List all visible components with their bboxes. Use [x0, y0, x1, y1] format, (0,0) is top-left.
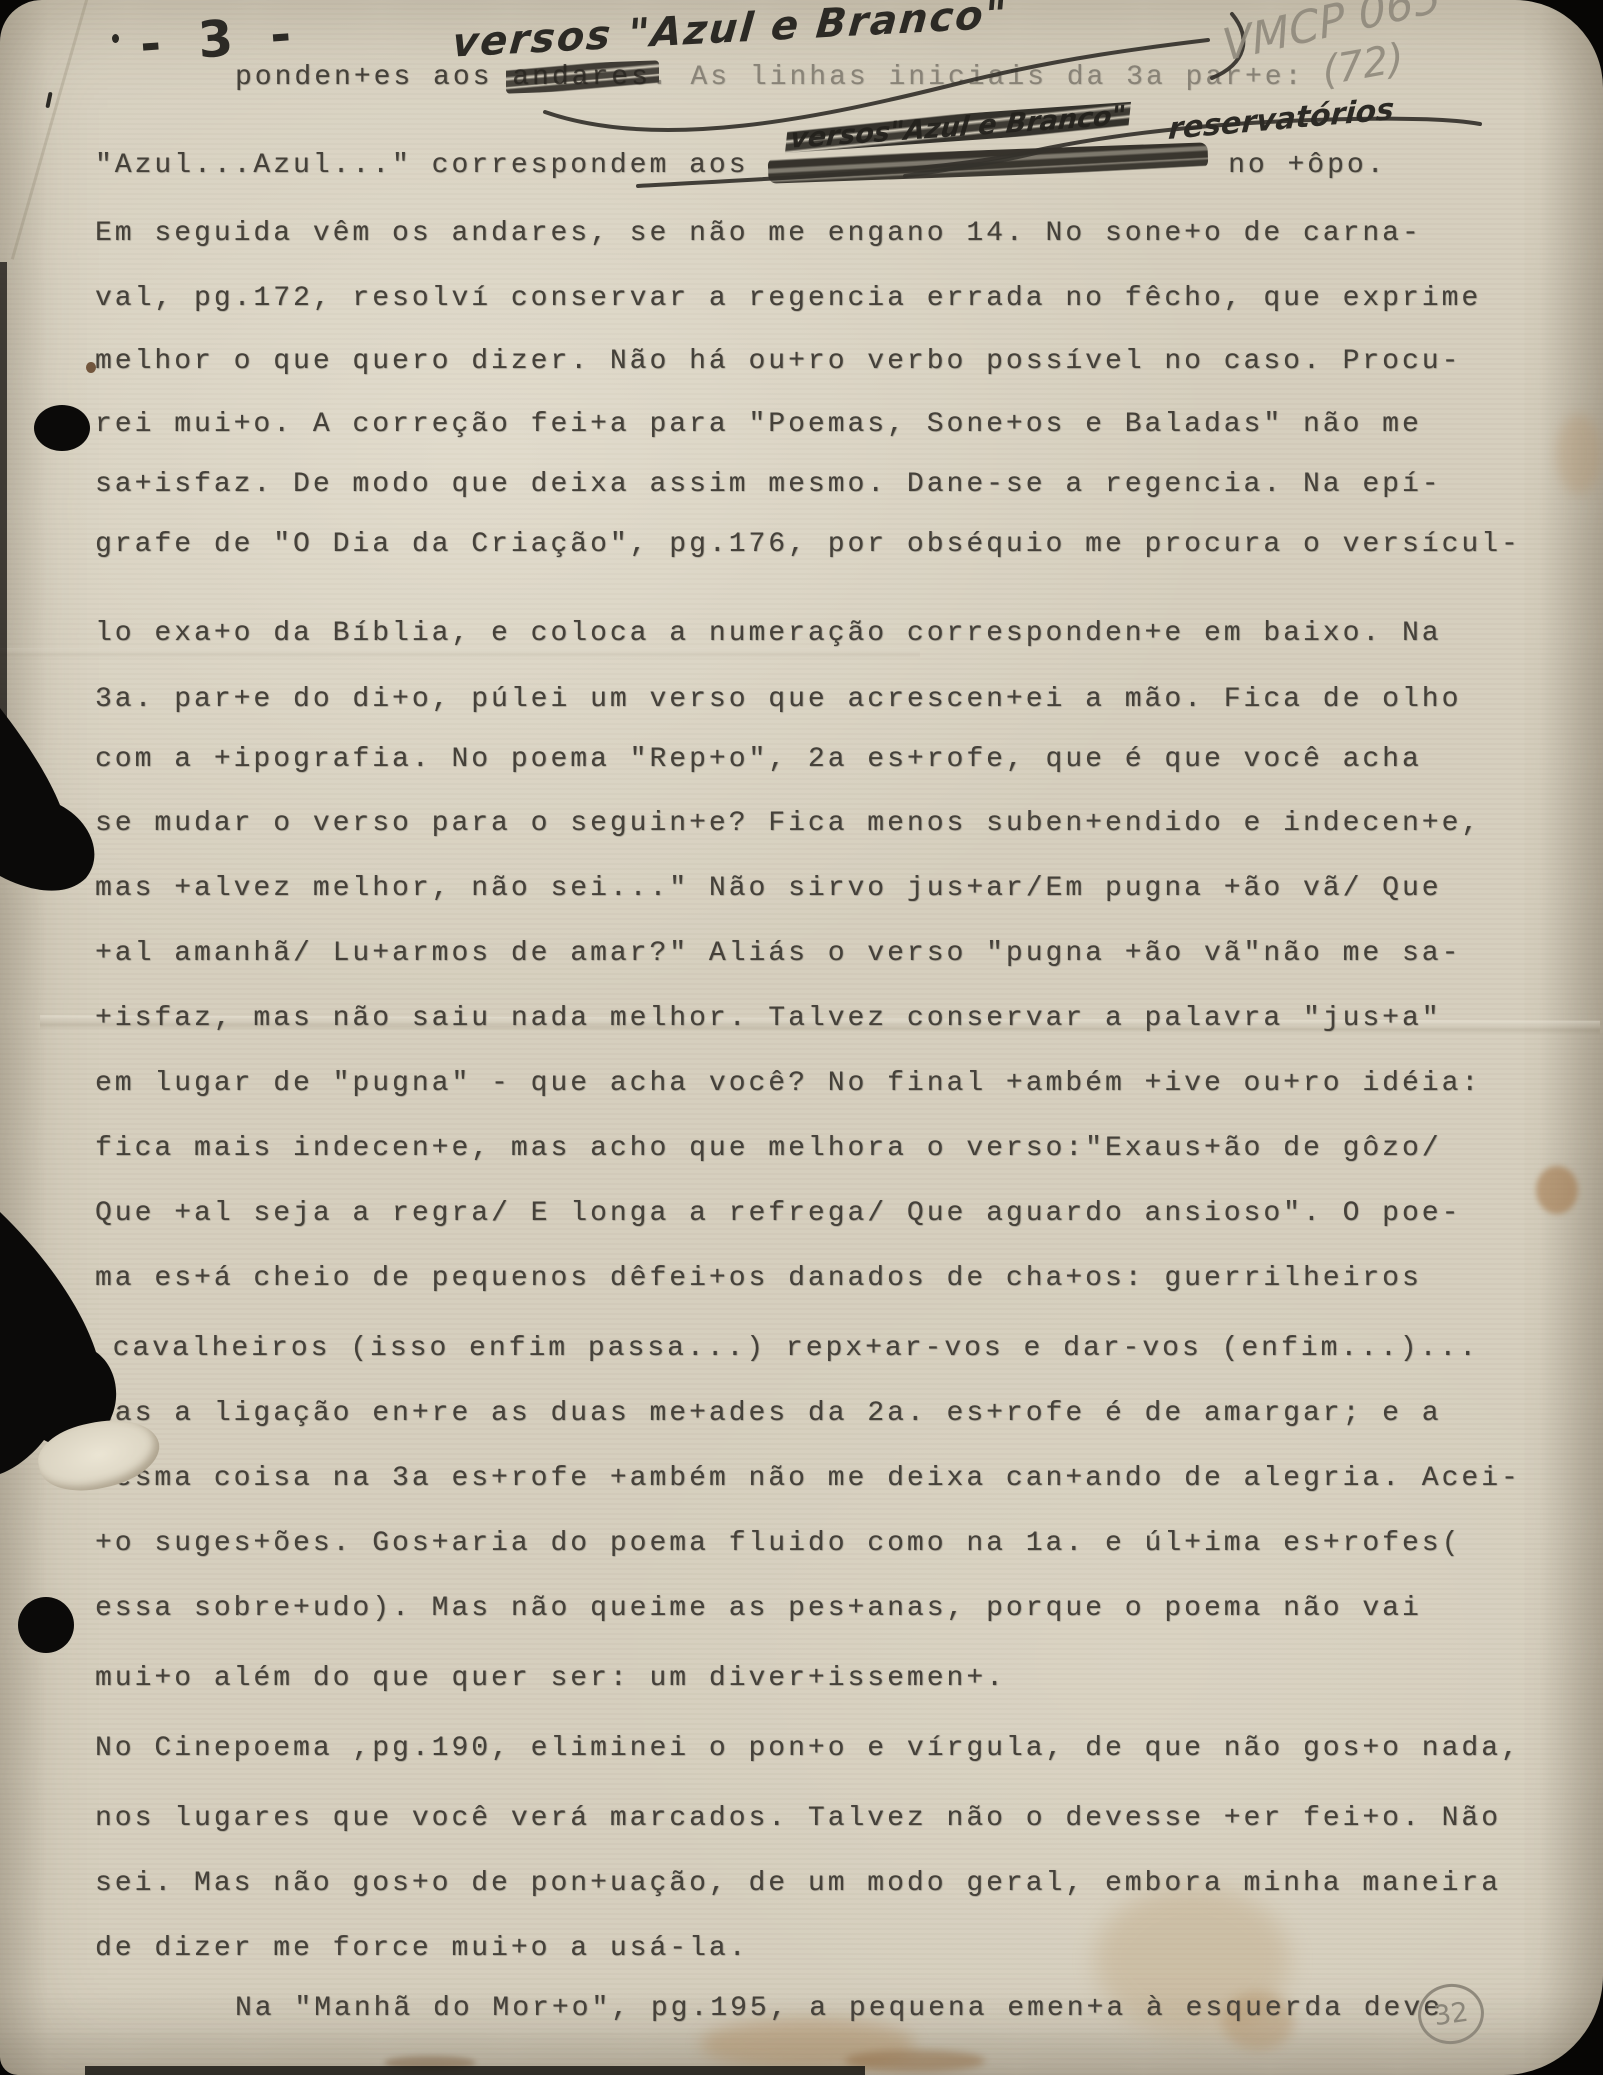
scanned-letter-page: - 3 - versos "Azul e Branco" versos"Azul…	[0, 0, 1603, 2075]
typed-line: nos lugares que você verá marcados. Talv…	[95, 1803, 1501, 1834]
typed-line: ma es+á cheio de pequenos dêfei+os danad…	[95, 1263, 1422, 1294]
typed-line: sa+isfaz. De modo que deixa assim mesmo.…	[95, 469, 1442, 500]
typed-line: ponden+es aos andares. As linhas iniciai…	[235, 62, 1304, 93]
typed-line: fica mais indecen+e, mas acho que melhor…	[95, 1133, 1442, 1164]
typed-line: mas a ligação en+re as duas me+ades da 2…	[95, 1398, 1442, 1429]
typed-line: grafe de "O Dia da Criação", pg.176, por…	[95, 529, 1521, 560]
typed-line: em lugar de "pugna" - que acha você? No …	[95, 1068, 1481, 1099]
typed-line: Na "Manhã do Mor+o", pg.195, a pequena e…	[235, 1993, 1443, 2024]
typed-text: "Azul...Azul..." correspondem aos	[95, 150, 768, 181]
typed-line: melhor o que quero dizer. Não há ou+ro v…	[95, 346, 1461, 377]
typed-text: no +ôpo.	[1208, 150, 1386, 181]
typed-line: Que +al seja a regra/ E longa a refrega/…	[95, 1198, 1461, 1229]
scan-edge-shadow	[85, 2066, 865, 2075]
typed-line: +o suges+ões. Gos+aria do poema fluido c…	[95, 1528, 1461, 1559]
typed-line: val, pg.172, resolví conservar a regenci…	[95, 283, 1481, 314]
typed-line: mesma coisa na 3a es+rofe +ambém não me …	[95, 1463, 1521, 1494]
scan-edge-shadow	[0, 262, 7, 732]
circled-page-number-value: 32	[1432, 1996, 1470, 2031]
typed-line: +isfaz, mas não saiu nada melhor. Talvez…	[95, 1003, 1442, 1034]
typed-line: lo exa+o da Bíblia, e coloca a numeração…	[95, 618, 1442, 649]
typed-line: 3a. par+e do di+o, púlei um verso que ac…	[95, 684, 1461, 715]
typed-line: de dizer me force mui+o a usá-la.	[95, 1933, 749, 1964]
typed-line: se mudar o verso para o seguin+e? Fica m…	[95, 808, 1481, 839]
typed-line: rei mui+o. A correção fei+a para "Poemas…	[95, 409, 1422, 440]
typed-line: essa sobre+udo). Mas não queime as pes+a…	[95, 1593, 1422, 1624]
typed-line: com a +ipografia. No poema "Rep+o", 2a e…	[95, 744, 1422, 775]
ink-dot	[112, 34, 119, 43]
typed-line: sei. Mas não gos+o de pon+uação, de um m…	[95, 1868, 1501, 1899]
typed-text-layer: ponden+es aos andares. As linhas iniciai…	[0, 0, 1603, 2075]
typed-text: . As linhas iniciais da 3a par+e:	[651, 62, 1305, 93]
typed-text: ponden+es aos	[235, 62, 512, 93]
typed-line: mas +alvez melhor, não sei..." Não sirvo…	[95, 873, 1442, 904]
typed-line: Em seguida vêm os andares, se não me eng…	[95, 218, 1422, 249]
handwritten-page-number: - 3 -	[138, 4, 303, 73]
typed-line: "Azul...Azul..." correspondem aos no +ôp…	[95, 150, 1387, 181]
typed-line: +al amanhã/ Lu+armos de amar?" Aliás o v…	[95, 938, 1461, 969]
typed-line: e cavalheiros (isso enfim passa...) repx…	[73, 1333, 1479, 1364]
struck-text: andares	[512, 62, 651, 93]
typed-line: mui+o além do que quer ser: um diver+iss…	[95, 1663, 1006, 1694]
typed-line: No Cinepoema ,pg.190, eliminei o pon+o e…	[95, 1733, 1521, 1764]
